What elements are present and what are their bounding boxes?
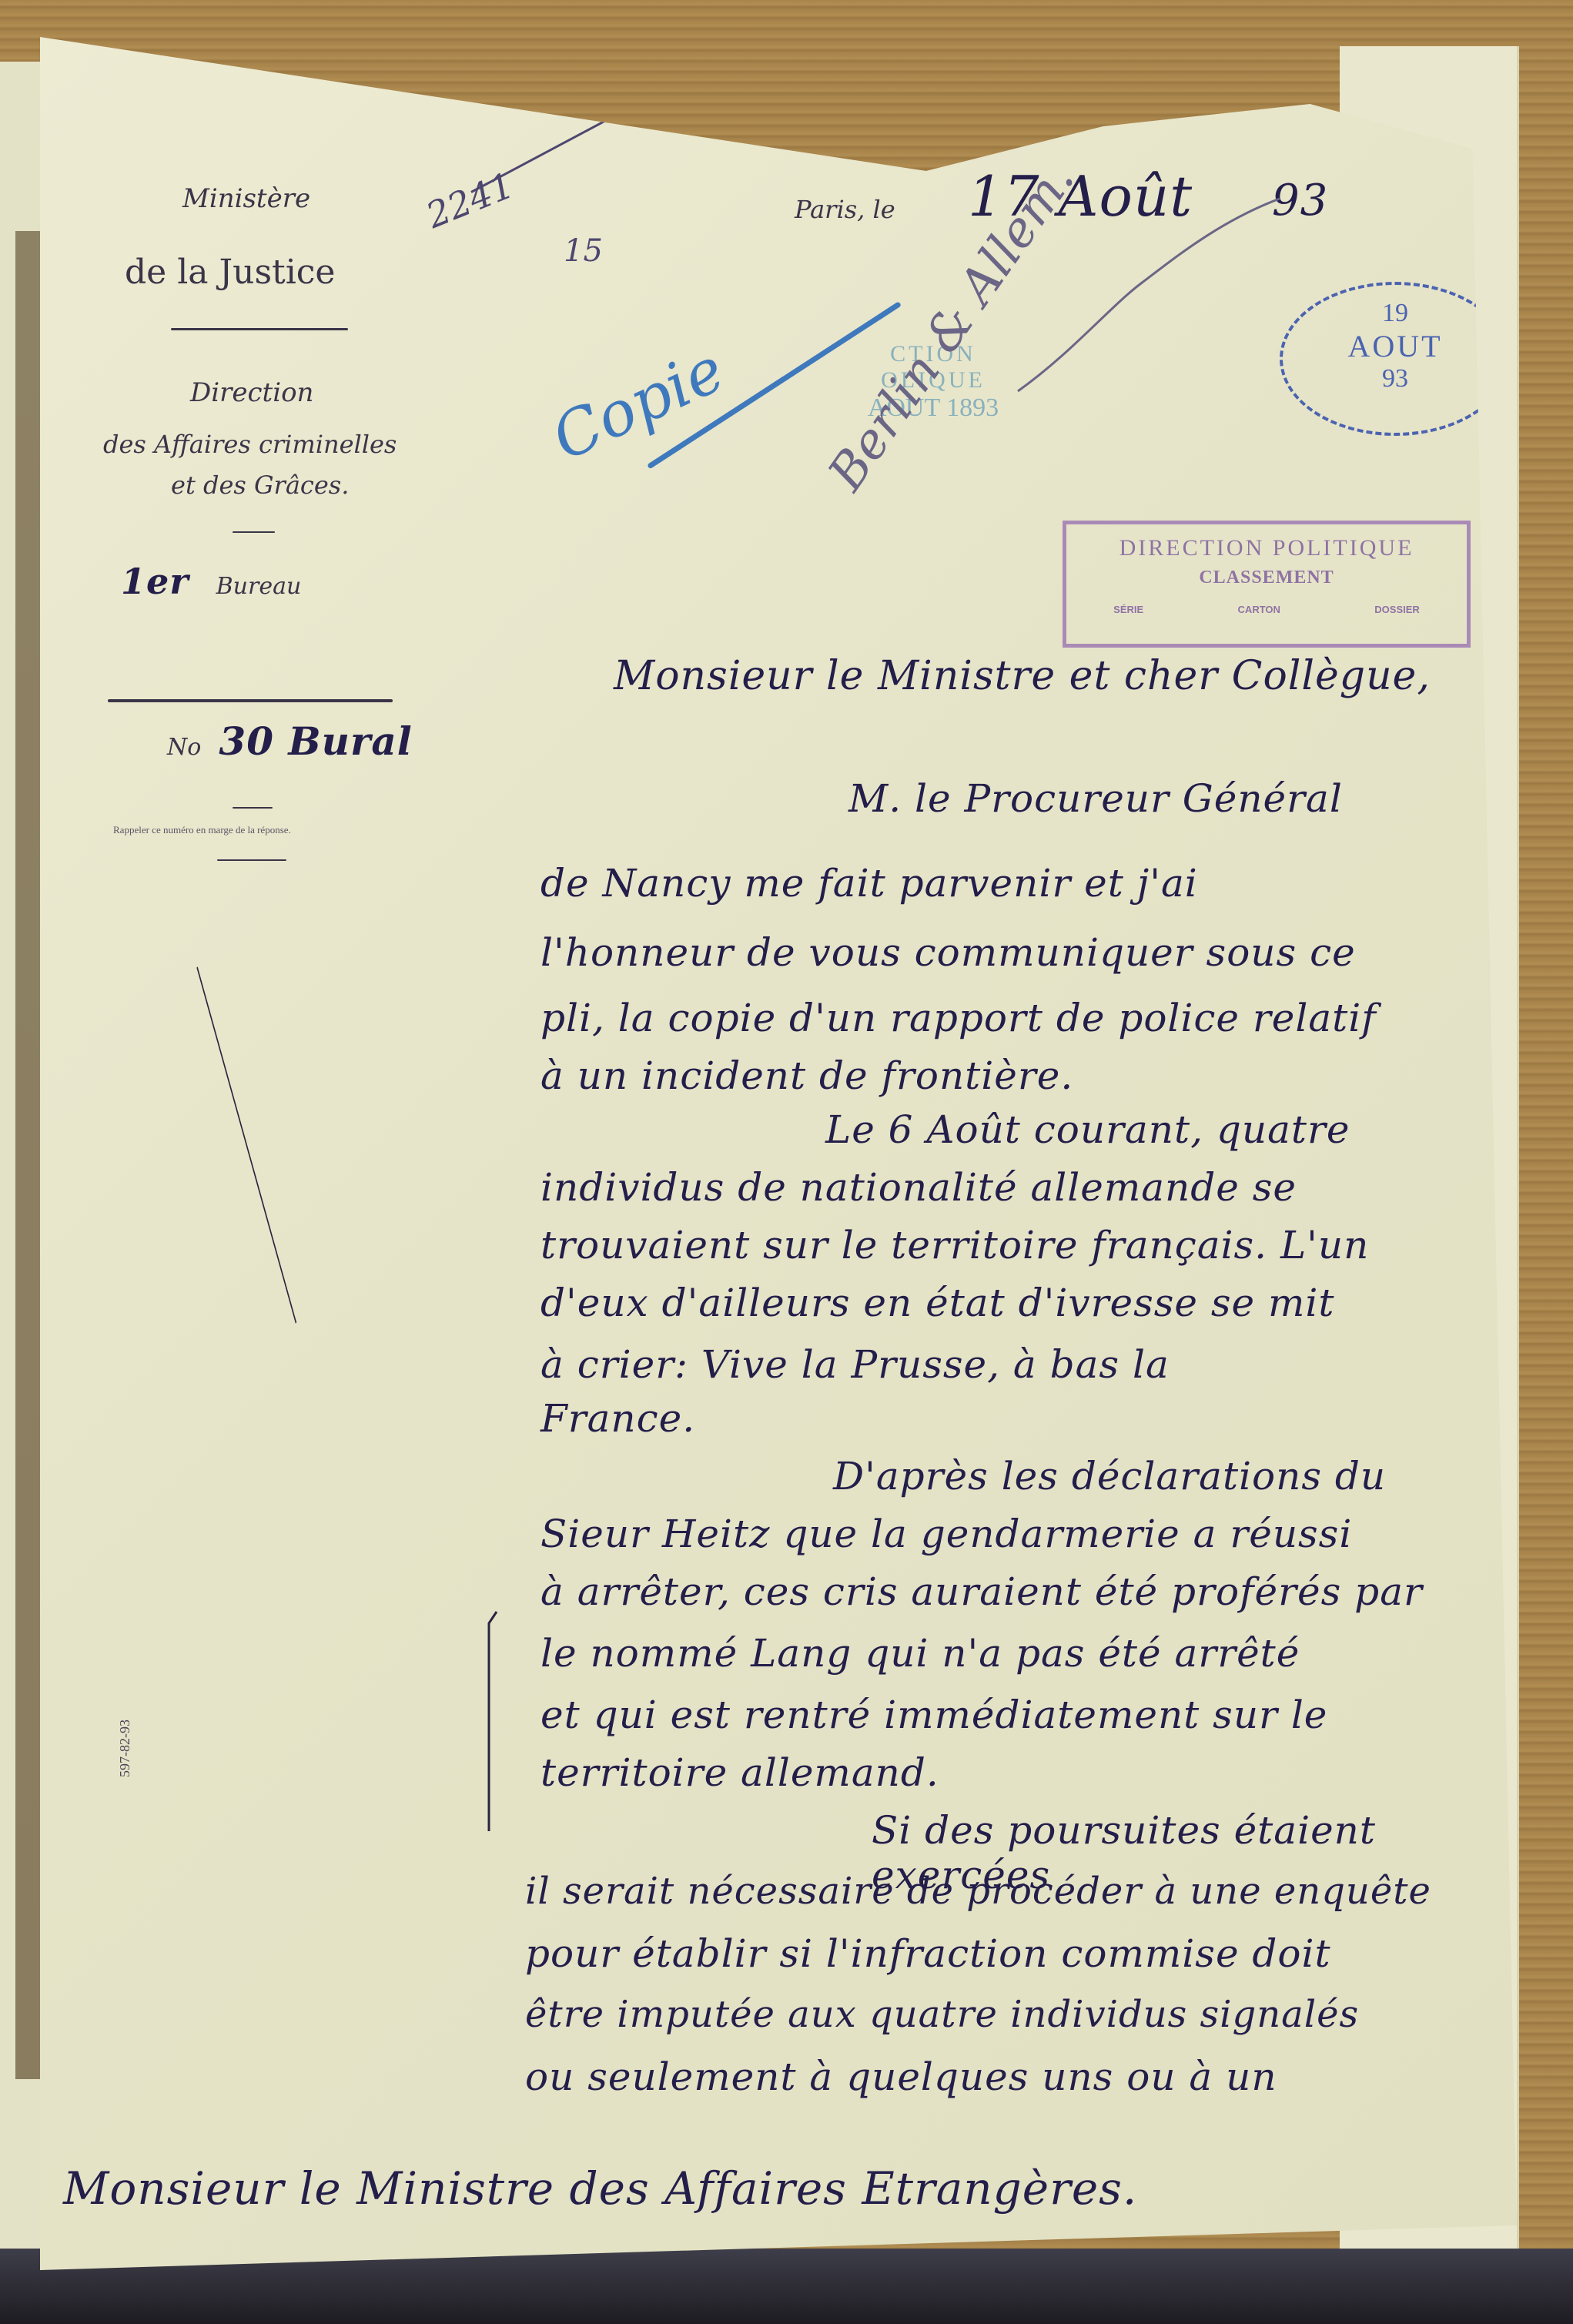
letter-line: être imputée aux quatre individus signal… (525, 1993, 1359, 2036)
letter-line: individus de nationalité allemande se (541, 1165, 1297, 1210)
direction-line1: Direction (190, 377, 313, 408)
letter-line: Sieur Heitz que la gendarmerie a réussi (541, 1512, 1352, 1556)
bureau-label: Bureau (216, 573, 302, 600)
classement-field-serie: SÉRIE (1113, 604, 1143, 615)
classement-fields: SÉRIE CARTON DOSSIER (1066, 604, 1467, 615)
letter-line: pli, la copie d'un rapport de police rel… (541, 996, 1377, 1040)
letter-line: de Nancy me fait parvenir et j'ai (541, 861, 1198, 906)
margin-diagonal-line (194, 961, 302, 1331)
ministry-line1: Ministère (182, 183, 310, 214)
letter-line: d'eux d'ailleurs en état d'ivresse se mi… (541, 1281, 1335, 1325)
letterhead-rule-5 (217, 859, 286, 861)
classement-field-carton: CARTON (1238, 604, 1280, 615)
archive-number-divider (470, 119, 607, 193)
letter-line: trouvaient sur le territoire français. L… (541, 1223, 1369, 1267)
ref-value: 30 Bural (219, 718, 412, 764)
blue-pencil-annotation: Copie (541, 333, 735, 474)
letterhead-rule-4 (233, 807, 273, 809)
classement-stamp: DIRECTION POLITIQUE CLASSEMENT SÉRIE CAR… (1063, 521, 1471, 648)
letter-line: Le 6 Août courant, quatre (825, 1107, 1350, 1152)
pencil-flourish (1002, 191, 1295, 407)
letter-line: et qui est rentré immédiatement sur le (541, 1693, 1327, 1737)
letter-line: à un incident de frontière. (541, 1053, 1073, 1098)
direction-line2: des Affaires criminelles (103, 430, 397, 459)
letter-line: le nommé Lang qui n'a pas été arrêté (541, 1631, 1300, 1676)
letterhead-rule-1 (171, 328, 348, 330)
letter-line: il serait nécessaire de procéder à une e… (525, 1870, 1431, 1913)
addressee: Monsieur le Ministre des Affaires Etrang… (63, 2162, 1137, 2215)
reference-number: No 30 Bural (167, 718, 413, 764)
margin-print-code: 597-82-93 (117, 1720, 133, 1777)
bureau-line: 1er Bureau (121, 561, 301, 602)
letter-line: ou seulement à quelques uns ou à un (525, 2054, 1277, 2099)
date-place: Paris, le (795, 195, 895, 224)
oval-stamp-day: 19 (1283, 299, 1508, 328)
classement-subtitle: CLASSEMENT (1066, 568, 1467, 588)
oval-stamp-month: AOUT (1283, 328, 1508, 364)
letter-line: territoire allemand. (541, 1750, 939, 1795)
bureau-number: 1er (121, 561, 189, 602)
letterhead-rule-2 (233, 531, 275, 533)
oval-stamp-year: 93 (1283, 364, 1508, 393)
letter-line: France. (541, 1396, 695, 1441)
letterhead-rule-3 (108, 699, 393, 702)
letter-page: Ministère de la Justice Direction des Af… (40, 37, 1517, 2270)
ref-prefix: No (167, 734, 201, 761)
letter-line: l'honneur de vous communiquer sous ce (541, 930, 1356, 975)
ministry-line2: de la Justice (125, 253, 335, 292)
letter-line: pour établir si l'infraction commise doi… (525, 1931, 1331, 1976)
classement-field-dossier: DOSSIER (1374, 604, 1420, 615)
direction-line3: et des Grâces. (171, 470, 349, 500)
letter-line: D'après les déclarations du (833, 1454, 1386, 1499)
letter-line: à arrêter, ces cris auraient été proféré… (541, 1569, 1423, 1614)
archive-number-bottom: 15 (564, 233, 603, 269)
ref-note: Rappeler ce numéro en marge de la répons… (113, 824, 291, 836)
letter-line: M. le Procureur Général (848, 776, 1343, 821)
salutation: Monsieur le Ministre et cher Collègue, (614, 653, 1431, 699)
margin-bracket (483, 1608, 506, 1839)
letter-line: à crier: Vive la Prusse, à bas la (541, 1342, 1170, 1387)
classement-title: DIRECTION POLITIQUE (1066, 535, 1467, 561)
